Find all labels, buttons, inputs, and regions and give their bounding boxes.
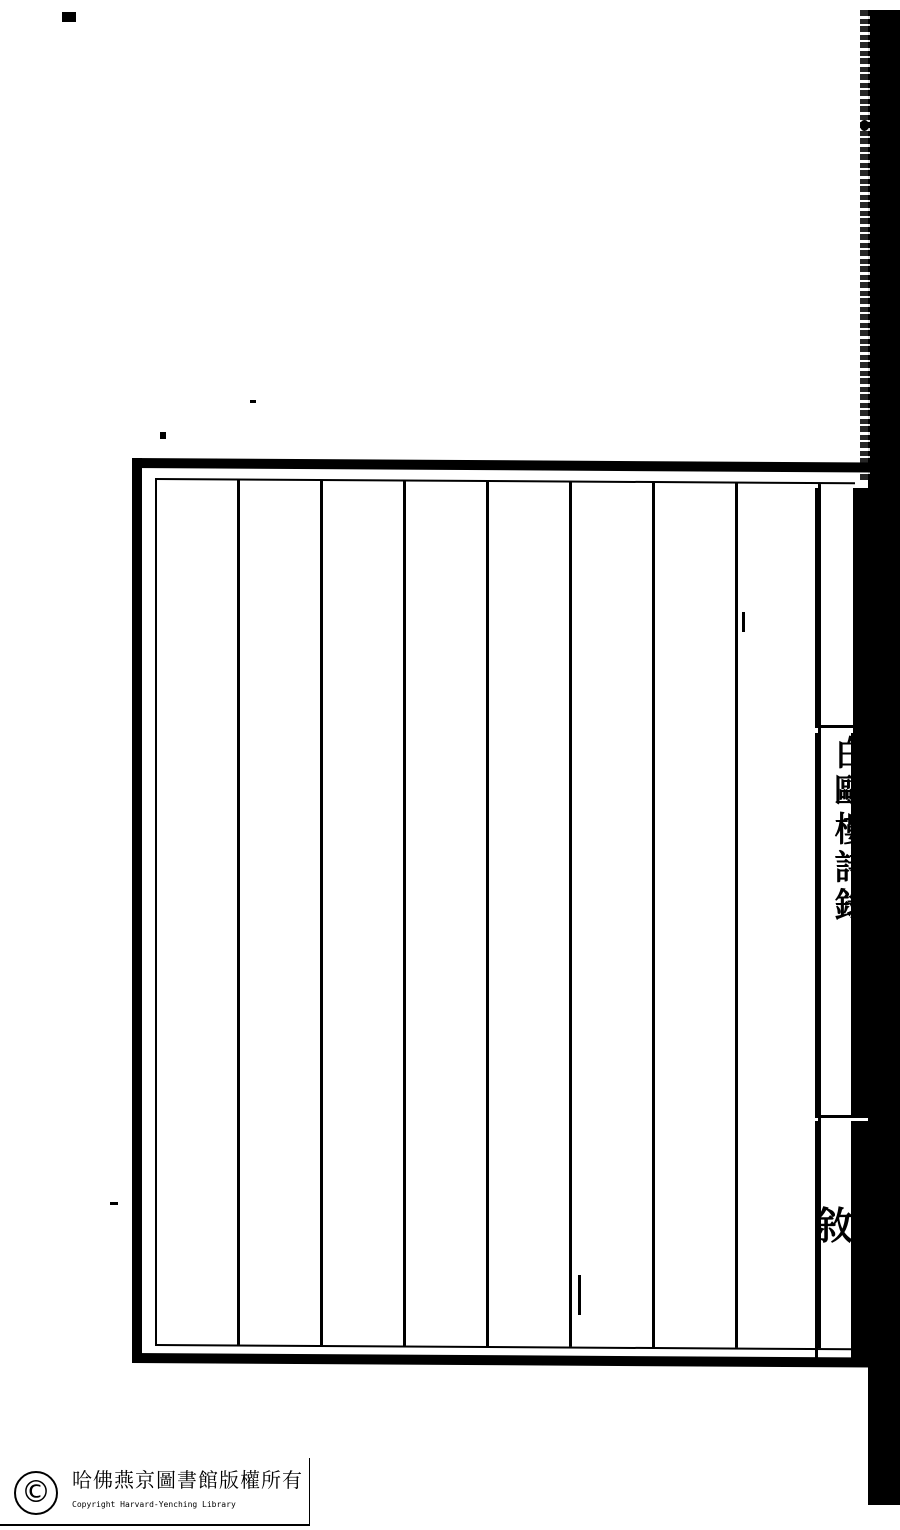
banxin-upper: [815, 488, 853, 728]
column-rule: [486, 482, 489, 1346]
copyright-stamp: © 哈佛燕京圖書館版權所有 Copyright Harvard-Yenching…: [0, 1458, 310, 1526]
column-rule: [403, 482, 406, 1346]
ink-speck: [62, 12, 76, 22]
ink-speck: [250, 400, 256, 403]
inner-frame: [155, 478, 855, 1350]
column-rule: [652, 483, 655, 1347]
banxin-shadow: [851, 1121, 868, 1358]
ink-dot: [860, 120, 869, 131]
copyright-english: Copyright Harvard-Yenching Library: [72, 1500, 236, 1509]
book-title: 白鷗樓詩錄: [842, 735, 876, 925]
column-rule: [569, 483, 572, 1347]
banxin-shadow: [853, 488, 868, 733]
column-rule: [320, 481, 323, 1345]
column-rule: [735, 484, 738, 1348]
copyright-icon: ©: [14, 1471, 58, 1515]
ink-speck: [110, 1202, 118, 1205]
column-rule: [237, 481, 240, 1345]
section-label: 敘: [815, 1195, 853, 1250]
copyright-chinese: 哈佛燕京圖書館版權所有: [72, 1464, 303, 1493]
page-edge-texture: [860, 10, 870, 480]
ink-speck: [160, 432, 166, 439]
